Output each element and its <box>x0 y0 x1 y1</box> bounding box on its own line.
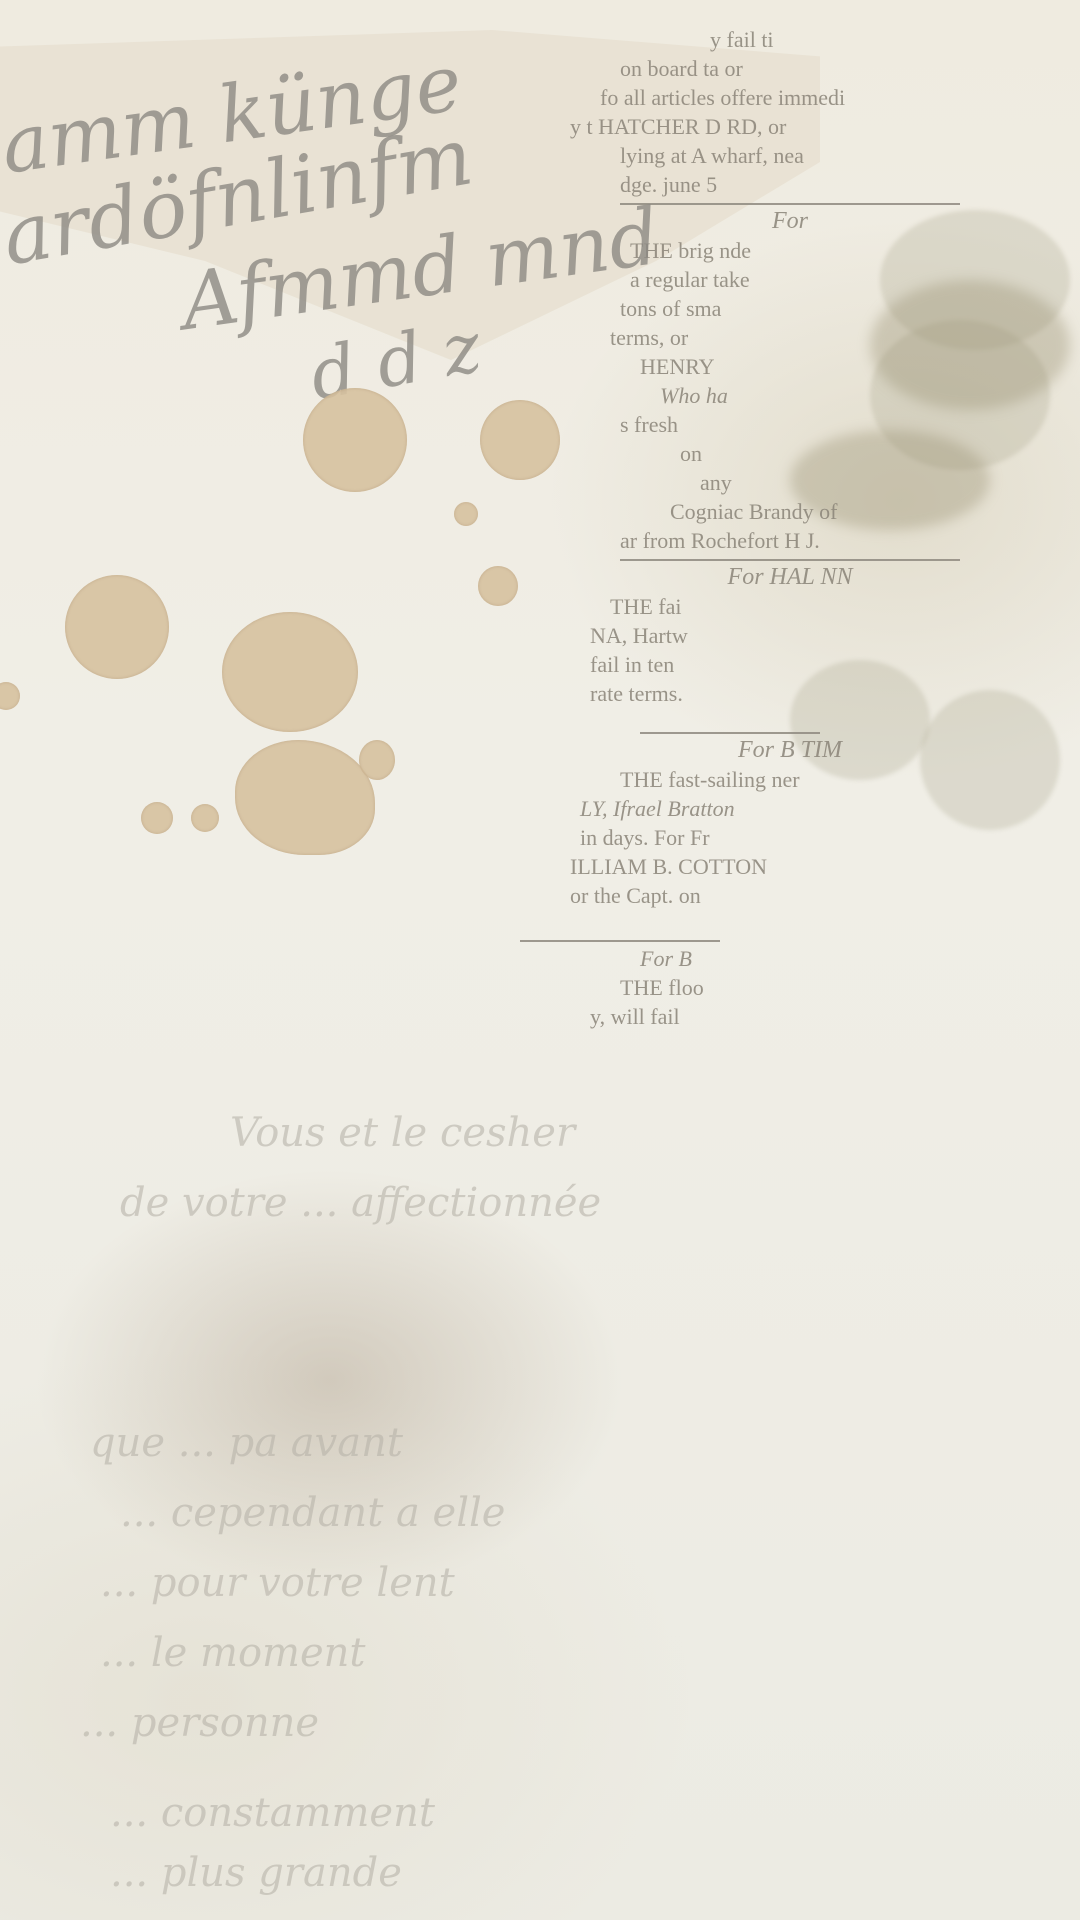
news-line: lying at A wharf, nea <box>560 141 1020 170</box>
coffee-stain <box>65 575 169 679</box>
news-heading: For B TIM <box>560 736 1020 765</box>
news-line: s fresh <box>560 410 1020 439</box>
coffee-stain <box>359 740 395 780</box>
faint-handwriting: ... personne <box>80 1700 319 1746</box>
news-line: LY, Ifrael Bratton <box>560 794 1020 823</box>
news-heading: For HAL NN <box>560 563 1020 592</box>
news-line: terms, or <box>560 323 1020 352</box>
news-divider <box>620 559 960 561</box>
faint-handwriting: ... cependant a elle <box>120 1490 505 1536</box>
coffee-stain <box>478 566 518 606</box>
news-line: THE floo <box>560 973 1020 1002</box>
coffee-stain <box>454 502 478 526</box>
news-line: ILLIAM B. COTTON <box>560 852 1020 881</box>
news-line: NA, Hartw <box>560 621 1020 650</box>
news-line: or the Capt. on <box>560 881 1020 910</box>
news-line: fail in ten <box>560 650 1020 679</box>
coffee-stain <box>480 400 560 480</box>
coffee-stain <box>141 802 173 834</box>
news-line: THE fai <box>560 592 1020 621</box>
coffee-stain <box>191 804 219 832</box>
news-line: fo all articles offere immedi <box>560 83 1020 112</box>
news-line: ar from Rochefort H J. <box>560 526 1020 555</box>
faint-handwriting: ... constamment <box>110 1790 435 1836</box>
news-line: Cogniac Brandy of <box>560 497 1020 526</box>
news-heading: For B <box>560 944 1020 973</box>
news-line: on <box>560 439 1020 468</box>
news-line: rate terms. <box>560 679 1020 708</box>
faint-handwriting: que ... pa avant <box>90 1420 403 1466</box>
faint-handwriting: ... pour votre lent <box>100 1560 455 1606</box>
newspaper-clipping: y fail ti on board ta or fo all articles… <box>560 25 1020 1031</box>
faint-handwriting: ... le moment <box>100 1630 366 1676</box>
news-line: HENRY <box>560 352 1020 381</box>
news-line: THE fast-sailing ner <box>560 765 1020 794</box>
news-line: on board ta or <box>560 54 1020 83</box>
news-line: y t HATCHER D RD, or <box>560 112 1020 141</box>
coffee-stain <box>222 612 358 732</box>
faint-handwriting: Vous et le cesher <box>230 1110 575 1156</box>
news-line: in days. For Fr <box>560 823 1020 852</box>
faint-handwriting: de votre ... affectionnée <box>120 1180 601 1226</box>
faint-handwriting: ... plus grande <box>110 1850 402 1896</box>
news-line: y, will fail <box>560 1002 1020 1031</box>
news-divider <box>620 203 960 205</box>
news-line: Who ha <box>560 381 1020 410</box>
coffee-stain <box>303 388 407 492</box>
news-divider <box>520 940 720 942</box>
news-line: y fail ti <box>560 25 1020 54</box>
news-line: any <box>560 468 1020 497</box>
news-line: tons of sma <box>560 294 1020 323</box>
news-divider <box>640 732 820 734</box>
